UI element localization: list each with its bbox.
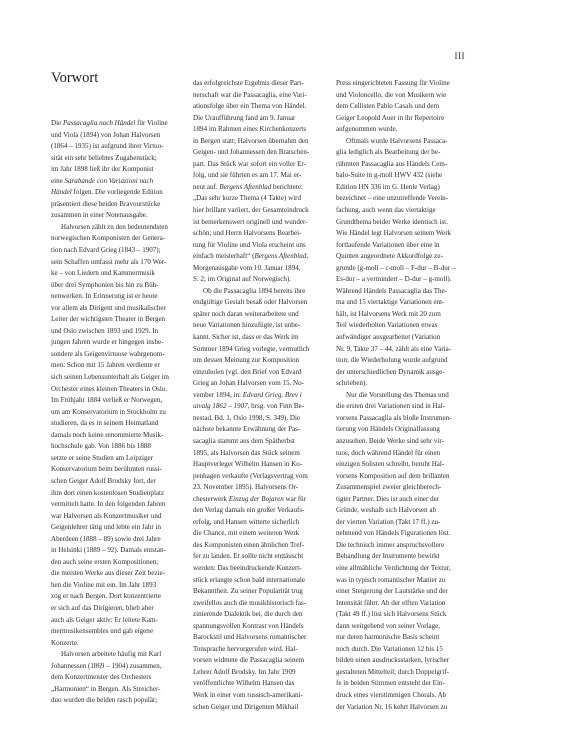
text-line: Nur die Vorstellung des Themas und — [336, 390, 466, 402]
text-line: utvalg 1862 – 1907, hrsg. von Finn Be- — [193, 401, 319, 413]
text-line: mermusikensembles und gab eigene — [51, 626, 197, 638]
text-line: Teil wiederholten Variationen etwas — [336, 320, 466, 332]
text-line: nur deren harmonische Basis scheint — [336, 632, 466, 644]
text-line: Quinten angeordnete Akkordfolge zu- — [336, 251, 466, 263]
text-line: bilden einen ausdrucksstarken, lyrischer — [336, 655, 466, 667]
text-line: Wie Händel legt Halvorsen seinem Werk — [336, 228, 466, 240]
text-line: rühmten Passacaglia aus Händels Cem- — [336, 159, 466, 171]
text-line: 1895, als Halvorsen das Stück seinem — [193, 448, 319, 460]
text-line: Zusammenspiel zweier gleichberech- — [336, 482, 466, 494]
text-line: Grundthema beider Werke identisch ist. — [336, 217, 466, 229]
text-line: bezeichnet – eine unzutreffende Verein- — [336, 193, 466, 205]
text-line: Nr. 9, Takte 37 – 44, zählt als eine Var… — [336, 344, 466, 356]
text-line: Lehrer Adolf Brodsky. Im Jahr 1909 — [193, 667, 319, 679]
text-line: ma und 15 viertaktige Variationen ent- — [336, 297, 466, 309]
text-line: „Das sehr kurze Thema (4 Takte) wird — [193, 193, 319, 205]
text-line: ihm dort einen kostenlosen Studienplatz — [51, 488, 197, 500]
text-line: studieren, da es in seinem Heimatland — [51, 418, 197, 430]
text-line: die Chance, mit einem weiteren Werk — [193, 528, 319, 540]
text-line: eine Sarabande con Variazioni nach — [51, 176, 197, 188]
text-line: fortlaufende Variationen über eine in — [336, 240, 466, 252]
text-line: Konservatorium beim berühmten russi- — [51, 464, 197, 476]
text-line: vermittelt hatte. In den folgenden Jahre… — [51, 499, 197, 511]
text-line: schen Geiger Adolf Brodsky fort, der — [51, 476, 197, 488]
text-line: Konzerte. — [51, 638, 197, 650]
page-number: III — [455, 51, 466, 61]
text-line: ke – von Liedern und Kammermusik — [51, 268, 197, 280]
text-line: um am Konservatorium in Stockholm zu — [51, 407, 197, 419]
text-line: Halvorsen zählt zu den bedeutendsten — [51, 222, 197, 234]
text-line: dem Cellisten Pablo Casals und dem — [336, 101, 466, 113]
text-line: einzigen Solisten schreibt, beruht Hal- — [336, 459, 466, 471]
text-line: ist bemerkenswert originell und wunder- — [193, 217, 319, 229]
text-line: vorsens Komposition auf dem brillanten — [336, 471, 466, 483]
text-line: Barockstil und Halvorsens romantischer — [193, 632, 319, 644]
text-line: einzuholen (vgl. den Brief von Edvard — [193, 367, 319, 379]
text-line: Intensität führt. Ab der elften Variatio… — [336, 598, 466, 610]
text-line: der vierten Variation (Takt 17 ff.) zu- — [336, 517, 466, 529]
text-line: tuos, doch während Händel für einen — [336, 448, 466, 460]
text-line: folg, und sie führten es am 17. Mai er- — [193, 170, 319, 182]
text-line: Während Händels Passacaglia das The- — [336, 286, 466, 298]
text-line: zinierende Dialektik bei, die durch den — [193, 609, 319, 621]
text-line: Aberdeen (1888 – 89) sowie drei Jahre — [51, 534, 197, 546]
text-line: zweifellos auch die musikhistorisch fas- — [193, 598, 319, 610]
text-line: schön; und Herrn Halvorsens Bearbei- — [193, 228, 319, 240]
text-line: S. 2; im Original auf Norwegisch). — [193, 274, 319, 286]
text-line: neue Variationen hinzufügte, ist unbe- — [193, 320, 319, 332]
text-line: Geiger Leopold Auer in ihr Repertoire — [336, 113, 466, 125]
text-line: einfach meisterhaft“ (Bergens Aftenblad, — [193, 251, 319, 263]
text-line: einer Steigerung der Lautstärke und der — [336, 586, 466, 598]
text-line: Behandlung der Instrumente bewirkt — [336, 551, 466, 563]
text-line: den Verlag damals ein großer Verkaufs- — [193, 505, 319, 517]
text-line: tierung von Händels Originalfassung — [336, 424, 466, 436]
text-line: glia lediglich als Bearbeitung der be- — [336, 147, 466, 159]
text-line: über drei Symphonien bis hin zu Büh- — [51, 280, 197, 292]
text-line: in Bergen statt; Halvorsen übernahm den — [193, 136, 319, 148]
text-line: und Violoncello, die von Musikern wie — [336, 90, 466, 102]
text-line: schrieben). — [336, 378, 466, 390]
text-line: fachung, auch wenn das viertaktige — [336, 205, 466, 217]
text-line: Ob die Passacaglia 1894 bereits ihre — [193, 286, 319, 298]
text-line: vorsens Passacaglia als bloße Instrumen- — [336, 413, 466, 425]
text-line: im Jahr 1898 ließ ihr der Komponist — [51, 164, 197, 176]
text-line: spannungsvollen Kontrast von Händels — [193, 621, 319, 633]
text-line: endgültige Gestalt besaß oder Halvorsen — [193, 297, 319, 309]
text-line: das erfolgreichste Ergebnis dieser Part- — [193, 78, 319, 90]
text-line: um dessen Meinung zur Komposition — [193, 355, 319, 367]
text-line: tion nach Edvard Grieg (1843 – 1907); — [51, 245, 197, 257]
text-line: gestalteten Mittelteil; durch Doppelgrif… — [336, 667, 466, 679]
text-line: Geigenlehrer tätig und lebte ein Jahr in — [51, 522, 197, 534]
text-line: Die Passacaglia nach Händel für Violine — [51, 118, 197, 130]
text-line: Händel folgen. Die vorliegende Edition — [51, 187, 197, 199]
text-line: 23. November 1895). Halvorsens Or- — [193, 482, 319, 494]
text-line: des Komponisten einen ähnlichen Tref- — [193, 540, 319, 552]
text-line: nestad, Bd. 1, Oslo 1998, S. 349). Die — [193, 413, 319, 425]
text-line: der Variation Nr. 16 kehrt Halvorsen zu — [336, 702, 466, 714]
text-line: 1894 im Rahmen eines Kirchenkonzerts — [193, 124, 319, 136]
text-line: vor allem als Dirigent und musikalischer — [51, 303, 197, 315]
text-line: auch als Geiger aktiv: Er leitete Kam- — [51, 615, 197, 627]
text-line: ationsfolge über ein Thema von Händel. — [193, 101, 319, 113]
text-line: später noch daran weiterarbeitete und — [193, 309, 319, 321]
text-line: Hauptverleger Wilhelm Hansen in Ko- — [193, 459, 319, 471]
text-line: Sommer 1894 Grieg vorlegte, vermutlich — [193, 344, 319, 356]
text-line: druck eines vierstimmigen Chorals. Ab — [336, 690, 466, 702]
text-line: fer zu landen. Er sollte nicht enttäusch… — [193, 551, 319, 563]
text-line: dem Konzertmeister des Orchesters — [51, 672, 197, 684]
page-title: Vorwort — [51, 70, 98, 87]
text-line: duo wurden die beiden rasch populär; — [51, 695, 197, 707]
text-line: Gründe, weshalb sich Halvorsen ab — [336, 505, 466, 517]
text-line: Die technisch immer anspruchsvollere — [336, 540, 466, 552]
text-line: neut auf. Bergens Aftenblad berichtete: — [193, 182, 319, 194]
text-line: setzte er seine Studien am Leipziger — [51, 453, 197, 465]
text-line: und Oslo zwischen 1893 und 1929. In — [51, 326, 197, 338]
text-line: was in typisch romantischer Manier zu — [336, 575, 466, 587]
text-line: aufwändiger ausgearbeitet (Variation — [336, 332, 466, 344]
text-line: men: Schon mit 15 Jahren verdiente er — [51, 360, 197, 372]
text-line: Press eingerichteten Fassung für Violine — [336, 78, 466, 90]
text-line: vorsen widmete die Passacaglia seinem — [193, 655, 319, 667]
text-line: aufgenommen wurde. — [336, 124, 466, 136]
text-line: Geigen- und Johannessen den Bratschen- — [193, 147, 319, 159]
text-line: eine allmähliche Verdichtung der Textur, — [336, 563, 466, 575]
text-line: Die Uraufführung fand am 9. Januar — [193, 113, 319, 125]
text-line: Orchester eines kleinen Theaters in Oslo… — [51, 384, 197, 396]
text-line: tion; die Wiederholung wurde aufgrund — [336, 355, 466, 367]
text-line: kannt. Sicher ist, dass er das Werk im — [193, 332, 319, 344]
text-line: hier brillant variiert, der Gesamteindru… — [193, 205, 319, 217]
text-line: balo-Suite in g-moll HWV 432 (siehe — [336, 170, 466, 182]
text-line: in Helsinki (1889 – 92). Damals entstan- — [51, 545, 197, 557]
text-line: Bekanntheit. Zu seiner Popularität trug — [193, 586, 319, 598]
text-line: Grieg an Johan Halvorsen vom 15. No- — [193, 378, 319, 390]
text-line: jungen Jahren wurde er hingegen insbe- — [51, 337, 197, 349]
text-line: part. Das Stück war sofort ein voller Er… — [193, 159, 319, 171]
text-line: nenwerken. In Erinnerung ist er heute — [51, 291, 197, 303]
text-line: Morgenausgabe vom 10. Januar 1894, — [193, 263, 319, 275]
text-line: fe in beiden Stimmen entsteht der Ein- — [336, 678, 466, 690]
text-line: war Halvorsen als Konzertmusiker und — [51, 511, 197, 523]
text-line: (Takt 49 ff.) löst sich Halvorsens Stück — [336, 609, 466, 621]
text-line: tung für Violine und Viola erscheint uns — [193, 240, 319, 252]
text-line: hält, ist Halvorsens Werk mit 20 zum — [336, 309, 466, 321]
text-line: penhagen verkaufte (Verlagsvertrag vom — [193, 471, 319, 483]
text-line: chesterwerk Einzug der Bojaren war für — [193, 494, 319, 506]
text-line: damals noch keine renommierte Musik- — [51, 430, 197, 442]
text-line: Tonsprache hervorgerufen wird. Hal- — [193, 644, 319, 656]
text-line: Im Frühjahr 1884 verließ er Norwegen, — [51, 395, 197, 407]
text-line: werden: Das beeindruckende Konzert- — [193, 563, 319, 575]
text-line: zog er nach Bergen. Dort konzentrierte — [51, 591, 197, 603]
text-line: grunde (g-moll – c-moll – F-dur – B-dur … — [336, 263, 466, 275]
text-line: hen die Violine mit ein. Im Jahr 1893 — [51, 580, 197, 592]
text-line: den auch seine ersten Kompositionen; — [51, 557, 197, 569]
text-line: Werk in einer vom russisch-amerikani- — [193, 690, 319, 702]
text-line: präsentiert diese beiden Bravourstücke — [51, 199, 197, 211]
text-line: sein Schaffen umfasst mehr als 170 Wer- — [51, 257, 197, 269]
text-line: Leiter der wichtigsten Theater in Bergen — [51, 314, 197, 326]
text-column-middle: das erfolgreichste Ergebnis dieser Part-… — [193, 78, 319, 713]
text-line: die meisten Werke aus dieser Zeit bezie- — [51, 568, 197, 580]
text-line: Halvorsen arbeitete häufig mit Karl — [51, 649, 197, 661]
text-column-right: Press eingerichteten Fassung für Violine… — [336, 78, 466, 713]
text-line: erfolg, und Hansen witterte sicherlich — [193, 517, 319, 529]
text-line: zusammen in einer Notenausgabe. — [51, 210, 197, 222]
text-line: anzusehen. Beide Werke sind sehr vir- — [336, 436, 466, 448]
text-line: noch durch. Die Variationen 12 bis 15 — [336, 644, 466, 656]
text-line: nehmend von Händels Figurationen löst. — [336, 528, 466, 540]
text-line: nächste bekannte Erwähnung der Pas- — [193, 424, 319, 436]
text-line: die ersten drei Variationen sind in Hal- — [336, 401, 466, 413]
text-line: tigter Partner. Dies ist auch einer der — [336, 494, 466, 506]
text-line: sondere als Geigenvirtuose wahrgenom- — [51, 349, 197, 361]
text-line: veröffentlichte Wilhelm Hansen das — [193, 678, 319, 690]
text-line: sität ein sehr beliebtes Zugabenstück; — [51, 153, 197, 165]
text-line: schen Geiger und Dirigenten Mikhail — [193, 702, 319, 714]
text-line: sich seinen Lebensunterhalt als Geiger i… — [51, 372, 197, 384]
text-line: der unterschiedlichen Dynamik ausge- — [336, 367, 466, 379]
text-line: Es-dur – a vermindert – D-dur – g-moll). — [336, 274, 466, 286]
text-line: Johannessen (1869 – 1904) zusammen, — [51, 661, 197, 673]
text-line: sacaglia stammt aus dem Spätherbst — [193, 436, 319, 448]
text-line: (1864 – 1935) ist aufgrund ihrer Virtuo- — [51, 141, 197, 153]
text-line: norwegischen Komponisten der Genera- — [51, 233, 197, 245]
text-line: hochschule gab. Von 1886 bis 1888 — [51, 441, 197, 453]
text-line: nerschaft war die Passacaglia, eine Vari… — [193, 90, 319, 102]
text-column-left: Die Passacaglia nach Händel für Violineu… — [51, 118, 197, 707]
text-line: und Viola (1894) von Johan Halvorsen — [51, 130, 197, 142]
text-line: Edition HN 336 im G. Henle Verlag) — [336, 182, 466, 194]
text-line: Oftmals wurde Halvorsens Passaca- — [336, 136, 466, 148]
text-line: dann weitgehend von seiner Vorlage, — [336, 621, 466, 633]
text-line: er sich auf das Dirigieren, blieb aber — [51, 603, 197, 615]
text-line: „Harmonien“ in Bergen. Als Streicher- — [51, 684, 197, 696]
text-line: stück erlangte schon bald internationale — [193, 575, 319, 587]
text-line: vember 1894, in: Edvard Grieg. Brev i — [193, 390, 319, 402]
